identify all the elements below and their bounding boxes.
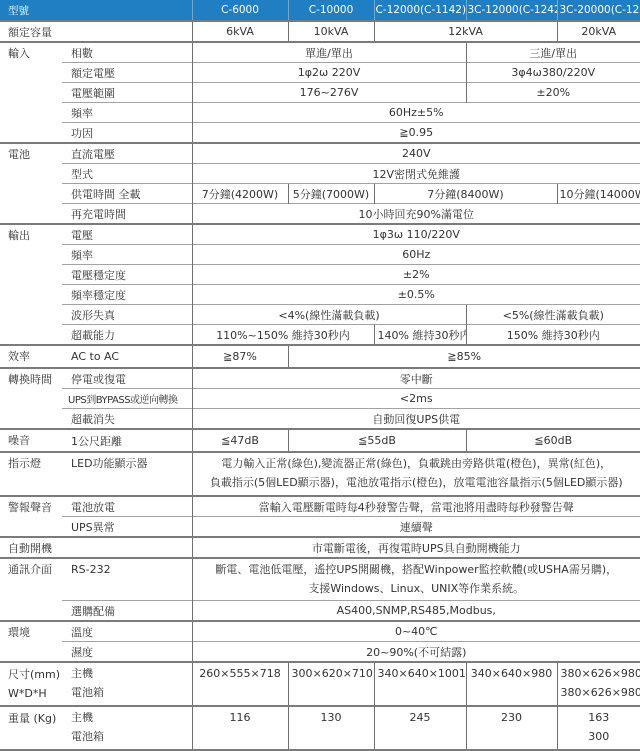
- auto-restart-label: 自動開機: [0, 537, 192, 558]
- power-fail-label: 停電或復電: [62, 368, 192, 389]
- rs232-description-line2: 支援Windows、Linux、UNIX等作業系統。: [196, 579, 638, 598]
- row-input-frequency: 頻率 60Hz±5%: [0, 103, 640, 123]
- dimensions-section-line1: 尺寸(mm): [8, 665, 60, 684]
- dimensions-c5-main: 380×626×980: [561, 664, 638, 683]
- row-power-factor: 功因 ≧0.95: [0, 123, 640, 144]
- model-header-label: 型號: [0, 0, 192, 21]
- rated-voltage-single: 1φ2ω 220V: [192, 63, 466, 83]
- ups-fault-label: UPS異常: [62, 517, 192, 538]
- row-voltage-range: 電壓範圍 176~276V ±20%: [0, 83, 640, 103]
- dc-voltage-label: 直流電壓: [62, 143, 192, 164]
- row-weight: 重量 (Kg) 主機 電池箱 116 130 245 230 163 300: [0, 706, 640, 750]
- optional-value: AS400,SNMP,RS485,Modbus,: [192, 601, 640, 622]
- rs232-description-line1: 斷電、電池低電壓，遙控UPS開關機，搭配Winpower監控軟體(或USHA需另…: [196, 560, 638, 579]
- weight-sublabel-battery: 電池箱: [71, 727, 189, 746]
- section-efficiency: 效率: [0, 345, 62, 368]
- weight-c2: 130: [288, 706, 374, 750]
- model-header-row: 型號 C-6000 C-10000 C-12000(C-1142) 3C-120…: [0, 0, 640, 21]
- row-humidity: 濕度 20~90%(不可結露): [0, 642, 640, 663]
- row-ups-fault: UPS異常 連續聲: [0, 517, 640, 538]
- model-3c12000: 3C-12000(C-1242): [466, 0, 557, 21]
- row-capacity: 額定容量 6kVA 10kVA 12kVA 20kVA: [0, 21, 640, 42]
- rs232-label-text: RS-232: [71, 560, 189, 579]
- dc-voltage-value: 240V: [192, 143, 640, 164]
- noise-c1: ≦47dB: [192, 429, 288, 452]
- humidity-value: 20~90%(不可結露): [192, 642, 640, 663]
- led-description: 電力輸入正常(綠色),變流器正常(綠色)，負載跳由旁路供電(橙色)，異常(紅色)…: [192, 452, 640, 496]
- weight-sublabel: 主機 電池箱: [62, 706, 192, 750]
- dimensions-c2: 300×620×710: [288, 662, 374, 706]
- distortion-single: <4%(線性滿載負載): [192, 305, 466, 325]
- section-input: 輸入: [0, 42, 62, 143]
- dimensions-section-line2: W*D*H: [8, 684, 60, 703]
- noise-c23: ≦55dB: [288, 429, 466, 452]
- row-temperature: 環境 溫度 0~40℃: [0, 621, 640, 642]
- power-factor-label: 功因: [62, 123, 192, 144]
- capacity-label: 額定容量: [0, 21, 192, 42]
- weight-c3-value: 245: [378, 708, 463, 727]
- row-noise: 噪音 1公尺距離 ≦47dB ≦55dB ≦60dB: [0, 429, 640, 452]
- power-factor-value: ≧0.95: [192, 123, 640, 144]
- row-indicator: 指示燈 LED功能顯示器 電力輸入正常(綠色),變流器正常(綠色)，負載跳由旁路…: [0, 452, 640, 496]
- row-optional: 選購配備 AS400,SNMP,RS485,Modbus,: [0, 601, 640, 622]
- row-recharge-time: 再充電時間 10小時回充90%滿電位: [0, 204, 640, 225]
- capacity-c1: 6kVA: [192, 21, 288, 42]
- row-battery-discharge: 警報聲音 電池放電 當輸入電壓斷電時每4秒發警告聲，當電池將用盡時每秒發警告聲: [0, 496, 640, 517]
- dimensions-c4: 340×640×980: [466, 662, 557, 706]
- overload-c45: 150% 維持30秒内: [466, 325, 640, 346]
- backup-time-c5: 10分鐘(14000W): [557, 184, 640, 204]
- voltage-reg-value: ±2%: [192, 265, 640, 285]
- section-indicator: 指示燈: [0, 452, 62, 496]
- row-overload-clear: 超載消失 自動回復UPS供電: [0, 409, 640, 430]
- weight-c1: 116: [192, 706, 288, 750]
- section-noise: 噪音: [0, 429, 62, 452]
- backup-time-c1: 7分鐘(4200W): [192, 184, 288, 204]
- overload-c3: 140% 維持30秒内: [374, 325, 466, 346]
- battery-discharge-label: 電池放電: [62, 496, 192, 517]
- section-dimensions: 尺寸(mm) W*D*H: [0, 662, 62, 706]
- dimensions-sublabel-main: 主機: [71, 664, 189, 683]
- ac-to-ac-label: AC to AC: [62, 345, 192, 368]
- capacity-c2: 10kVA: [288, 21, 374, 42]
- led-label-text: LED功能顯示器: [71, 454, 189, 473]
- freq-reg-label: 頻率穩定度: [62, 285, 192, 305]
- capacity-c34: 12kVA: [374, 21, 557, 42]
- auto-restart-value: 市電斷電後，再復電時UPS具自動開機能力: [192, 537, 640, 558]
- weight-c5-main: 163: [561, 708, 638, 727]
- overload-c12: 110%~150% 維持30秒内: [192, 325, 374, 346]
- dimensions-c2-value: 300×620×710: [292, 664, 371, 683]
- row-distortion: 波形失真 <4%(線性滿載負載) <5%(線性滿載負載): [0, 305, 640, 325]
- phase-single: 單進/單出: [192, 42, 466, 63]
- overload-clear-value: 自動回復UPS供電: [192, 409, 640, 430]
- bypass-label: UPS到BYPASS或逆向轉換: [62, 389, 192, 409]
- freq-reg-value: ±0.5%: [192, 285, 640, 305]
- voltage-range-single: 176~276V: [192, 83, 466, 103]
- model-c6000: C-6000: [192, 0, 288, 21]
- phase-label: 相數: [62, 42, 192, 63]
- row-efficiency: 效率 AC to AC ≧87% ≧85%: [0, 345, 640, 368]
- dimensions-sublabel-battery: 電池箱: [71, 683, 189, 702]
- power-fail-value: 零中斷: [192, 368, 640, 389]
- ups-fault-value: 連續聲: [192, 517, 640, 538]
- battery-type-value: 12V密閉式免維護: [192, 164, 640, 184]
- row-backup-time: 供電時間 全載 7分鐘(4200W) 5分鐘(7000W) 7分鐘(8400W)…: [0, 184, 640, 204]
- weight-c1-value: 116: [196, 708, 285, 727]
- model-c12000: C-12000(C-1142): [374, 0, 466, 21]
- overload-clear-label: 超載消失: [62, 409, 192, 430]
- humidity-label: 濕度: [62, 642, 192, 663]
- section-battery: 電池: [0, 143, 62, 224]
- model-c10000: C-10000: [288, 0, 374, 21]
- row-battery-type: 型式 12V密閉式免維護: [0, 164, 640, 184]
- rated-voltage-three: 3φ4ω380/220V: [466, 63, 640, 83]
- row-auto-restart: 自動開機 市電斷電後，再復電時UPS具自動開機能力: [0, 537, 640, 558]
- ups-spec-table: 型號 C-6000 C-10000 C-12000(C-1142) 3C-120…: [0, 0, 640, 751]
- output-frequency-value: 60Hz: [192, 245, 640, 265]
- dimensions-c3-value: 340×640×1001: [378, 664, 463, 683]
- noise-label: 1公尺距離: [62, 429, 192, 452]
- phase-three: 三進/單出: [466, 42, 640, 63]
- output-voltage-label: 電壓: [62, 224, 192, 245]
- row-overload: 超載能力 110%~150% 維持30秒内 140% 維持30秒内 150% 維…: [0, 325, 640, 346]
- ac-to-ac-c25: ≧85%: [288, 345, 640, 368]
- row-freq-reg: 頻率穩定度 ±0.5%: [0, 285, 640, 305]
- weight-c2-value: 130: [292, 708, 371, 727]
- dimensions-c3: 340×640×1001: [374, 662, 466, 706]
- led-description-line2: 負載指示(5個LED顯示器)，電池放電指示(橙色)，放電電池容量指示(5個LED…: [196, 473, 638, 492]
- dimensions-c5: 380×626×980 380×626×980: [557, 662, 640, 706]
- row-dc-voltage: 電池 直流電壓 240V: [0, 143, 640, 164]
- temperature-value: 0~40℃: [192, 621, 640, 642]
- recharge-time-value: 10小時回充90%滿電位: [192, 204, 640, 225]
- output-voltage-value: 1φ3ω 110/220V: [192, 224, 640, 245]
- battery-discharge-value: 當輸入電壓斷電時每4秒發警告聲，當電池將用盡時每秒發警告聲: [192, 496, 640, 517]
- section-weight: 重量 (Kg): [0, 706, 62, 750]
- voltage-reg-label: 電壓穩定度: [62, 265, 192, 285]
- input-frequency-value: 60Hz±5%: [192, 103, 640, 123]
- row-phase: 輸入 相數 單進/單出 三進/單出: [0, 42, 640, 63]
- weight-sublabel-main: 主機: [71, 708, 189, 727]
- row-voltage-reg: 電壓穩定度 ±2%: [0, 265, 640, 285]
- dimensions-c4-value: 340×640×980: [470, 664, 554, 683]
- dimensions-c1: 260×555×718: [192, 662, 288, 706]
- row-output-frequency: 頻率 60Hz: [0, 245, 640, 265]
- battery-type-label: 型式: [62, 164, 192, 184]
- backup-time-c34: 7分鐘(8400W): [374, 184, 557, 204]
- distortion-three: <5%(線性滿載負載): [466, 305, 640, 325]
- weight-c5: 163 300: [557, 706, 640, 750]
- model-3c20000: 3C-20000(C-1262): [557, 0, 640, 21]
- dimensions-c5-battery: 380×626×980: [561, 683, 638, 702]
- dimensions-c1-value: 260×555×718: [196, 664, 285, 683]
- section-transfer-time: 轉換時間: [0, 368, 62, 429]
- led-description-line1: 電力輸入正常(綠色),變流器正常(綠色)，負載跳由旁路供電(橙色)，異常(紅色)…: [196, 454, 638, 473]
- ac-to-ac-c1: ≧87%: [192, 345, 288, 368]
- row-dimensions: 尺寸(mm) W*D*H 主機 電池箱 260×555×718 300×620×…: [0, 662, 640, 706]
- row-rs232: 通訊介面 RS-232 斷電、電池低電壓，遙控UPS開關機，搭配Winpower…: [0, 558, 640, 601]
- weight-c3: 245: [374, 706, 466, 750]
- section-alarm: 警報聲音: [0, 496, 62, 537]
- overload-label: 超載能力: [62, 325, 192, 346]
- temperature-label: 溫度: [62, 621, 192, 642]
- noise-c45: ≦60dB: [466, 429, 640, 452]
- backup-time-label: 供電時間 全載: [62, 184, 192, 204]
- section-output: 輸出: [0, 224, 62, 345]
- voltage-range-three: ±20%: [466, 83, 640, 103]
- weight-c4: 230: [466, 706, 557, 750]
- led-label: LED功能顯示器: [62, 452, 192, 496]
- input-frequency-label: 頻率: [62, 103, 192, 123]
- weight-c4-value: 230: [470, 708, 554, 727]
- rs232-label: RS-232: [62, 558, 192, 601]
- weight-c5-battery: 300: [561, 727, 638, 746]
- weight-section-text: 重量 (Kg): [8, 709, 60, 728]
- section-environment: 環境: [0, 621, 62, 662]
- distortion-label: 波形失真: [62, 305, 192, 325]
- row-bypass: UPS到BYPASS或逆向轉換 <2ms: [0, 389, 640, 409]
- row-power-fail: 轉換時間 停電或復電 零中斷: [0, 368, 640, 389]
- output-frequency-label: 頻率: [62, 245, 192, 265]
- rs232-description: 斷電、電池低電壓，遙控UPS開關機，搭配Winpower監控軟體(或USHA需另…: [192, 558, 640, 601]
- capacity-c5: 20kVA: [557, 21, 640, 42]
- bypass-value: <2ms: [192, 389, 640, 409]
- optional-label: 選購配備: [62, 601, 192, 622]
- row-output-voltage: 輸出 電壓 1φ3ω 110/220V: [0, 224, 640, 245]
- rated-voltage-label: 額定電壓: [62, 63, 192, 83]
- section-communication: 通訊介面: [0, 558, 62, 621]
- dimensions-sublabel: 主機 電池箱: [62, 662, 192, 706]
- recharge-time-label: 再充電時間: [62, 204, 192, 225]
- voltage-range-label: 電壓範圍: [62, 83, 192, 103]
- row-rated-voltage: 額定電壓 1φ2ω 220V 3φ4ω380/220V: [0, 63, 640, 83]
- backup-time-c2: 5分鐘(7000W): [288, 184, 374, 204]
